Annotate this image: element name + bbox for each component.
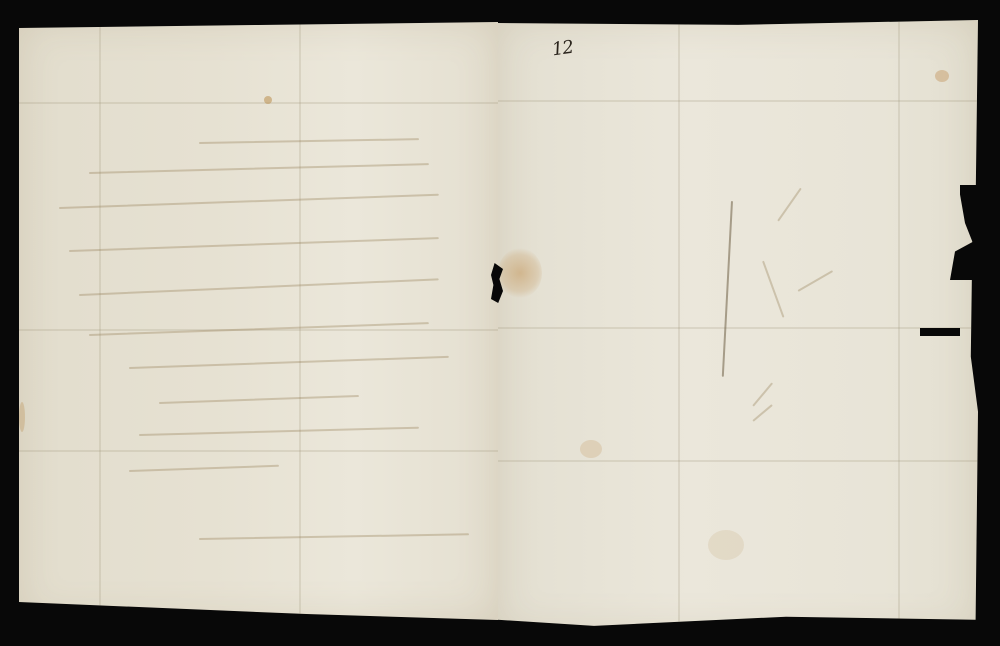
fold-line — [678, 20, 680, 632]
fold-line — [498, 100, 978, 102]
faint-stain — [708, 530, 744, 560]
edge-tear-slit — [920, 328, 960, 336]
fold-line — [498, 327, 978, 329]
foxing-spot — [935, 70, 949, 82]
fold-line — [898, 20, 900, 632]
fold-line — [99, 22, 101, 620]
fold-line — [19, 450, 498, 452]
water-stain — [498, 248, 542, 298]
fold-line — [498, 460, 978, 462]
left-page — [19, 22, 498, 620]
folio-number: 12 — [551, 37, 575, 61]
right-page — [498, 20, 978, 632]
photo-background: 12 — [0, 0, 1000, 646]
foxing-spot — [264, 96, 272, 104]
foxing-spot — [580, 440, 602, 458]
fold-line — [299, 22, 301, 620]
edge-stain — [19, 402, 25, 432]
fold-line — [19, 102, 498, 104]
